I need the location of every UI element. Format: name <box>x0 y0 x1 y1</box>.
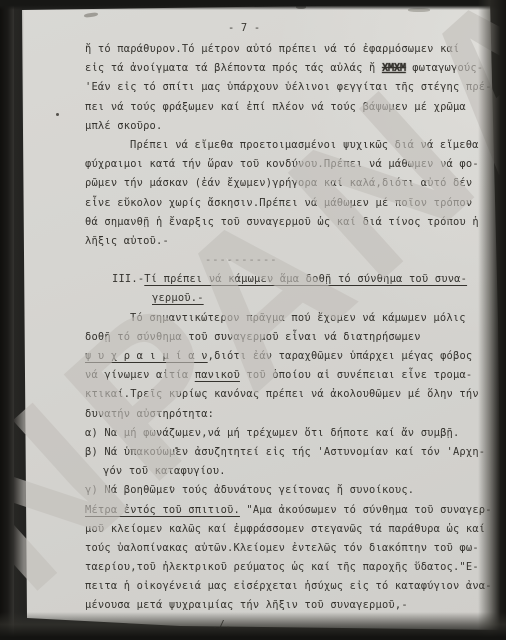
text-segment: ἤ τό παράθυρον.Τό μέτρον αὐτό πρέπει νά … <box>85 43 459 55</box>
text-segment: μοῦ κλείομεν καλῶς καί ἐμφράσσομεν στεγα… <box>85 523 485 535</box>
text-line: εἶνε εὔκολον χωρίς ἄσκησιν.Πρέπει νά μάθ… <box>24 194 494 213</box>
text-segment: ,διότι ἐάν ταραχθῶμεν ὑπάρχει μέγας φόβο… <box>208 350 473 362</box>
ink-speck <box>170 486 172 488</box>
text-segment: πειτα ἡ οἰκογένειά μας εἰσέρχεται ἡσύχως… <box>85 580 492 592</box>
text-line: 'Εάν εἰς τό σπίτι μας ὑπάρχουν ὑέλινοι φ… <box>24 78 494 97</box>
ink-speck <box>56 113 59 116</box>
text-segment: θά σημανθῇ ἡ ἔναρξις τοῦ συναγερμοῦ ὡς κ… <box>85 216 479 228</box>
text-line: εἰς τά ἀνοίγματα τά βλέποντα πρός τάς αὐ… <box>24 59 494 78</box>
text-segment: Πρέπει νά εἴμεθα προετοιμασμένοι ψυχικῶς… <box>130 139 479 151</box>
text-line: πει νά τούς φράξωμεν καί ἐπί πλέον νά το… <box>24 98 494 117</box>
text-segment: μπλέ σκοῦρο. <box>85 120 162 132</box>
text-line: θά σημανθῇ ἡ ἔναρξις τοῦ συναγερμοῦ ὡς κ… <box>24 213 494 232</box>
text-line: III.-Τί πρέπει νά κάμωμεν ἅμα δοθῇ τό σύ… <box>24 270 494 289</box>
text-line: δοθῇ τό σύνθημα τοῦ συναγερμοῦ εἶναι νά … <box>24 328 494 347</box>
text-segment: 'Εάν εἰς τό σπίτι μας ὑπάρχουν ὑέλινοι φ… <box>85 81 492 93</box>
text-segment: γ) Νά βοηθῶμεν τούς ἀδυνάτους γείτονας ἤ… <box>85 484 414 496</box>
scan-edge-right <box>478 0 506 640</box>
text-segment: νά γίνωμεν αἰτία <box>85 369 195 381</box>
scan-edge-top <box>0 0 506 10</box>
underlined-text: γερμοῦ.- <box>152 292 204 304</box>
text-line: ἤ τό παράθυρον.Τό μέτρον αὐτό πρέπει νά … <box>24 40 494 59</box>
text-line: ταερίου,τοῦ ἠλεκτρικοῦ ρεύματος ὡς καί τ… <box>24 558 494 577</box>
text-segment: εἰς τά ἀνοίγματα τά βλέποντα πρός τάς αὐ… <box>85 62 382 74</box>
text-line: ---------- <box>24 251 494 270</box>
text-line: δυνατήν αὐστηρότητα: <box>24 405 494 424</box>
text-line: φύχραιμοι κατά τήν ὥραν τοῦ κονδύνου.Πρέ… <box>24 155 494 174</box>
text-segment: ρῶμεν τήν μάσκαν (ἐάν ἔχωμεν)γρήγορα καί… <box>85 177 472 189</box>
underlined-text: πανικοῦ <box>195 369 240 381</box>
underlined-text: Τί πρέπει νά κάμωμεν ἅμα δοθῇ τό σύνθημα… <box>144 273 467 285</box>
text-line: μπλέ σκοῦρο. <box>24 117 494 136</box>
scanned-document-page: - 7 - ἤ τό παράθυρον.Τό μέτρον αὐτό πρέπ… <box>0 0 506 640</box>
text-line: κτικαί.Τρεῖς κυρίως κανόνας πρέπει νά ἀκ… <box>24 385 494 404</box>
text-segment: πει νά τούς φράξωμεν καί ἐπί πλέον νά το… <box>85 101 466 113</box>
text-segment: τοῦ ὁποίου αἱ συνέπειαι εἶνε τρομα- <box>240 369 472 381</box>
text-line: Μέτρα ἐντός τοῦ σπιτιοῦ. "Αμα ἀκούσωμεν … <box>24 501 494 520</box>
text-line: τούς ὑαλοπίνακας αὐτῶν.Κλείομεν ἐντελῶς … <box>24 539 494 558</box>
text-segment: τούς ὑαλοπίνακας αὐτῶν.Κλείομεν ἐντελῶς … <box>85 542 479 554</box>
text-line: γόν τοῦ καταφυγίου. <box>24 462 494 481</box>
text-line: γερμοῦ.- <box>24 289 494 308</box>
document-text: ἤ τό παράθυρον.Τό μέτρον αὐτό πρέπει νά … <box>24 40 494 635</box>
text-segment: ---------- <box>205 254 278 266</box>
text-segment: εἶνε εὔκολον χωρίς ἄσκησιν.Πρέπει νά μάθ… <box>85 197 472 209</box>
text-segment: Τό σημαντικώτερον πρᾶγμα πού ἔχομεν νά κ… <box>130 312 466 324</box>
text-segment: λῆξις αὐτοῦ.- <box>85 235 169 247</box>
text-line: β) Νά ὑπακούωμεν ἀσυζητητεί εἰς τής 'Αστ… <box>24 443 494 462</box>
text-segment: φύχραιμοι κατά τήν ὥραν τοῦ κονδύνου.Πρέ… <box>85 158 479 170</box>
text-line: Τό σημαντικώτερον πρᾶγμα πού ἔχομεν νά κ… <box>24 309 494 328</box>
ink-speck <box>175 447 178 449</box>
text-segment: α) Να μή φωνάζωμεν,νά μή τρέχωμεν ὅτι δή… <box>85 427 459 439</box>
text-line: λῆξις αὐτοῦ.- <box>24 232 494 251</box>
text-segment: γόν τοῦ καταφυγίου. <box>103 465 226 477</box>
text-segment: "Αμα ἀκούσωμεν τό σύνθημα τοῦ συναγερ- <box>240 504 492 516</box>
text-line: Πρέπει νά εἴμεθα προετοιμασμένοι ψυχικῶς… <box>24 136 494 155</box>
text-line: μοῦ κλείομεν καλῶς καί ἐμφράσσομεν στεγα… <box>24 520 494 539</box>
scan-edge-left-fade <box>14 0 24 640</box>
scan-edge-left <box>0 0 14 640</box>
text-segment: ταερίου,τοῦ ἠλεκτρικοῦ ρεύματος ὡς καί τ… <box>85 561 479 573</box>
underlined-text: ψ υ χ ρ α ι μ ί α ν <box>85 350 208 362</box>
page-number: - 7 - <box>0 22 506 34</box>
scan-edge-bottom <box>0 612 506 640</box>
text-line: ρῶμεν τήν μάσκαν (ἐάν ἔχωμεν)γρήγορα καί… <box>24 174 494 193</box>
text-segment: μένουσα μετά ψυχραιμίας τήν λῆξιν τοῦ συ… <box>85 599 408 611</box>
overstruck-text: ΧΜΧΜ <box>382 62 406 74</box>
text-segment: δοθῇ τό σύνθημα τοῦ συναγερμοῦ εἶναι νά … <box>85 331 421 343</box>
text-segment: III.- <box>112 273 144 285</box>
text-line: α) Να μή φωνάζωμεν,νά μή τρέχωμεν ὅτι δή… <box>24 424 494 443</box>
text-line: νά γίνωμεν αἰτία πανικοῦ τοῦ ὁποίου αἱ σ… <box>24 366 494 385</box>
underlined-text: Μέτρα ἐντός τοῦ σπιτιοῦ. <box>85 504 240 516</box>
text-segment: β) Νά ὑπακούωμεν ἀσυζητητεί εἰς τής 'Αστ… <box>85 446 485 458</box>
text-line: γ) Νά βοηθῶμεν τούς ἀδυνάτους γείτονας ἤ… <box>24 481 494 500</box>
text-segment: κτικαί.Τρεῖς κυρίως κανόνας πρέπει νά ἀκ… <box>85 388 479 400</box>
text-line: ψ υ χ ρ α ι μ ί α ν,διότι ἐάν ταραχθῶμεν… <box>24 347 494 366</box>
text-segment: δυνατήν αὐστηρότητα: <box>85 408 214 420</box>
text-segment: φωταγωγούς- <box>406 62 483 74</box>
text-line: πειτα ἡ οἰκογένειά μας εἰσέρχεται ἡσύχως… <box>24 577 494 596</box>
